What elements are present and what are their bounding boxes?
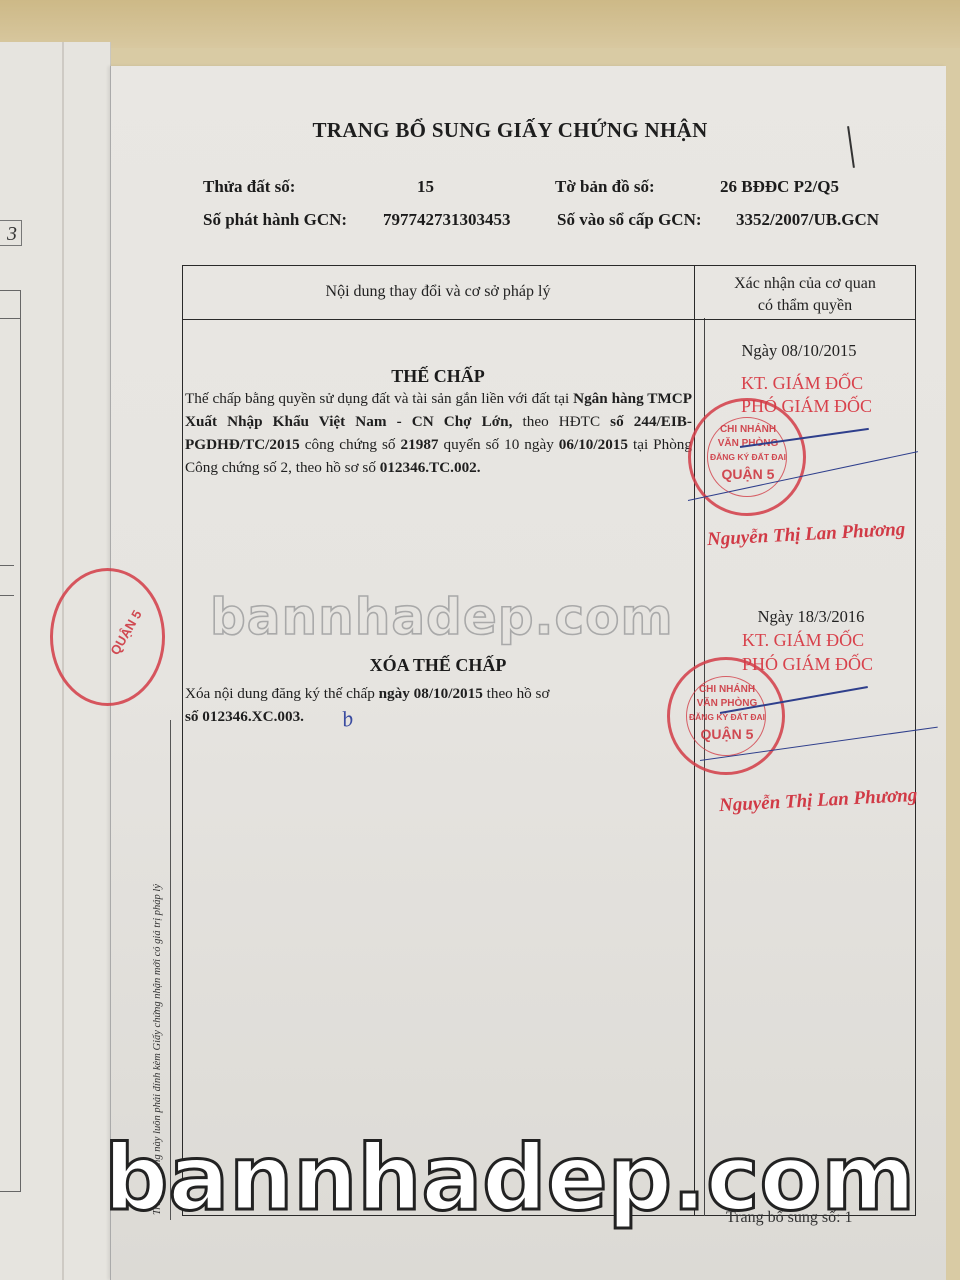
entry-mortgage-text: Thế chấp bằng quyền sử dụng đất và tài s… xyxy=(185,387,692,479)
seal-text: CHI NHÁNH xyxy=(703,424,793,435)
handwritten-page-number: 3 xyxy=(0,220,22,246)
confirm-date-2: Ngày 18/3/2016 xyxy=(700,607,922,627)
underlying-table xyxy=(0,290,21,1192)
entry-release-heading: XÓA THẾ CHẤP xyxy=(182,655,694,676)
header-confirmation-line1: Xác nhận của cơ quan xyxy=(694,273,916,295)
text-segment: công chứng số xyxy=(300,436,401,453)
notary-number: 21987 xyxy=(401,436,439,453)
underlying-row-line xyxy=(0,318,20,319)
text-segment: quyển số 10 ngày xyxy=(439,436,559,453)
release-date: ngày 08/10/2015 xyxy=(379,685,483,702)
issue-number-value: 797742731303453 xyxy=(383,210,511,230)
text-segment: Thế chấp bằng quyền sử dụng đất và tài s… xyxy=(185,390,573,407)
partial-seal-left xyxy=(50,568,165,706)
text-segment: theo HĐTC xyxy=(512,413,610,430)
seal-text: ĐĂNG KÝ ĐẤT ĐAI xyxy=(703,452,793,462)
seal-text: QUẬN 5 xyxy=(682,726,772,742)
text-segment: theo hồ sơ xyxy=(483,685,550,702)
land-plot-value: 15 xyxy=(417,177,434,197)
stamp-title-2a: KT. GIÁM ĐỐC xyxy=(742,630,864,651)
map-sheet-label: Tờ bản đồ số: xyxy=(555,177,655,197)
watermark-text: bannhadep.com xyxy=(210,588,674,646)
page-footer: Trang bổ sung số: 1 xyxy=(726,1209,853,1227)
issue-number-label: Số phát hành GCN: xyxy=(203,210,347,230)
header-confirmation-line2: có thẩm quyền xyxy=(694,295,916,317)
header-changes: Nội dung thay đổi và cơ sở pháp lý xyxy=(182,283,694,301)
seal-text: VĂN PHÒNG xyxy=(682,698,772,709)
confirm-date-1: Ngày 08/10/2015 xyxy=(688,341,910,361)
entry-release-text: Xóa nội dung đăng ký thế chấp ngày 08/10… xyxy=(185,682,692,728)
header-divider xyxy=(182,319,916,320)
seal-text: CHI NHÁNH xyxy=(682,684,772,695)
file-number: 012346.TC.002. xyxy=(380,459,481,476)
underlying-row-line xyxy=(0,565,14,566)
desk-background xyxy=(0,0,960,48)
text-segment: Xóa nội dung đăng ký thế chấp xyxy=(185,685,379,702)
document-title: TRANG BỔ SUNG GIẤY CHỨNG NHẬN xyxy=(190,118,830,143)
underlying-row-line xyxy=(0,595,14,596)
release-file-number: số 012346.XC.003. xyxy=(185,708,304,725)
seal-text: ĐĂNG KÝ ĐẤT ĐAI xyxy=(682,712,772,722)
registry-number-value: 3352/2007/UB.GCN xyxy=(736,210,879,230)
stamp-title-1a: KT. GIÁM ĐỐC xyxy=(741,373,863,394)
notary-date: 06/10/2015 xyxy=(559,436,628,453)
land-plot-label: Thửa đất số: xyxy=(203,177,295,197)
entry-mortgage-heading: THẾ CHẤP xyxy=(182,366,694,387)
map-sheet-value: 26 BĐĐC P2/Q5 xyxy=(720,177,839,197)
registry-number-label: Số vào sổ cấp GCN: xyxy=(557,210,702,230)
header-confirmation: Xác nhận của cơ quan có thẩm quyền xyxy=(694,273,916,317)
